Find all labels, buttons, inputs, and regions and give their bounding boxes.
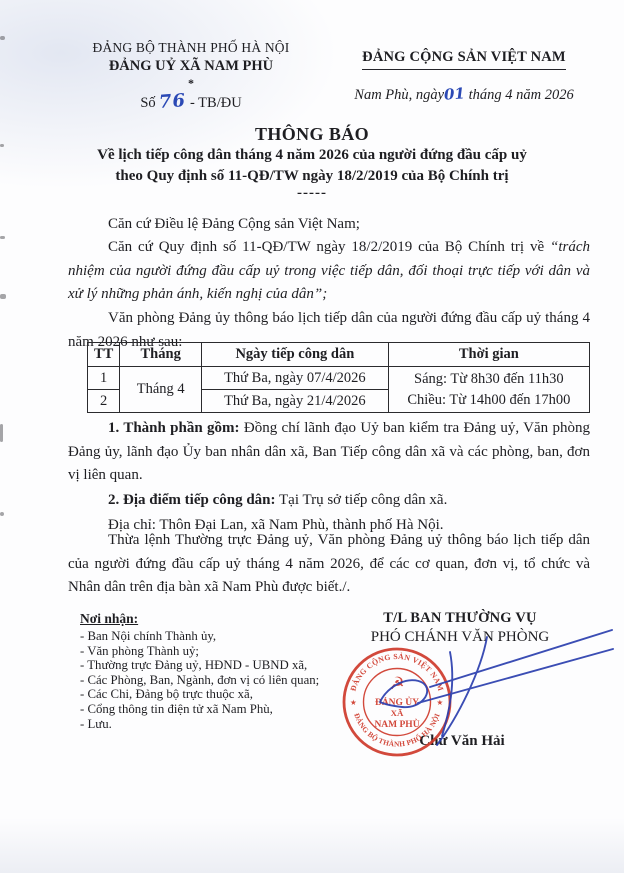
document-number-prefix: Số: [140, 95, 155, 111]
table-row: 1 Tháng 4 Thứ Ba, ngày 07/4/2026 Sáng: T…: [88, 367, 590, 390]
scan-artifact: [0, 294, 6, 299]
title-divider: -----: [0, 187, 624, 200]
scan-artifact: [0, 424, 3, 442]
recipient-item: - Văn phòng Thành uỷ;: [80, 644, 350, 659]
col-header-date: Ngày tiếp công dân: [202, 343, 389, 367]
recipient-item: - Cổng thông tin điện tử xã Nam Phù,: [80, 702, 350, 717]
scan-haze-bottom: [0, 818, 624, 873]
signature-scribble-icon: [330, 597, 622, 765]
scan-artifact: [0, 512, 4, 516]
star-separator: *: [48, 78, 334, 88]
recipient-item: - Các Phòng, Ban, Ngành, đơn vị có liên …: [80, 673, 350, 688]
time-morning: Sáng: Từ 8h30 đến 11h30: [395, 369, 583, 390]
location-text: Tại Trụ sở tiếp công dân xã.: [276, 492, 448, 508]
schedule-table: TT Tháng Ngày tiếp công dân Thời gian 1 …: [87, 342, 590, 413]
document-number: Số 76 - TB/ĐU: [48, 91, 334, 112]
national-header-block: ĐẢNG CỘNG SẢN VIỆT NAM Nam Phù, ngày01 t…: [334, 40, 594, 112]
document-number-handwritten: 76: [159, 90, 187, 113]
col-header-tt: TT: [88, 343, 120, 367]
scan-artifact: [0, 236, 5, 239]
document-title: THÔNG BÁO: [0, 124, 624, 145]
paragraph-location: 2. Địa điểm tiếp công dân: Tại Trụ sở ti…: [68, 489, 590, 513]
recipients-block: Nơi nhận: - Ban Nội chính Thành ủy, - Vă…: [80, 611, 350, 731]
cell-tt-1: 1: [88, 367, 120, 390]
place-date-suffix: tháng 4 năm 2026: [465, 87, 574, 103]
document-number-suffix: - TB/ĐU: [190, 95, 242, 111]
scan-artifact: [0, 36, 5, 40]
recipient-item: - Các Chi, Đảng bộ trực thuộc xã,: [80, 687, 350, 702]
title-block: THÔNG BÁO Về lịch tiếp công dân tháng 4 …: [0, 124, 624, 200]
cell-tt-2: 2: [88, 390, 120, 413]
document-subtitle-2: theo Quy định số 11-QĐ/TW ngày 18/2/2019…: [0, 166, 624, 187]
participants-label: 1. Thành phần gồm:: [108, 420, 240, 436]
place-date-prefix: Nam Phù, ngày: [354, 87, 444, 103]
paragraph-legal-basis-1: Căn cứ Điều lệ Đảng Cộng sản Việt Nam;: [68, 213, 590, 237]
parent-org-line: ĐẢNG BỘ THÀNH PHỐ HÀ NỘI: [48, 40, 334, 56]
time-afternoon: Chiều: Từ 14h00 đến 17h00: [395, 390, 583, 411]
paragraph-2-normal: Căn cứ Quy định số 11-QĐ/TW ngày 18/2/20…: [108, 239, 550, 255]
paragraph-legal-basis-2: Căn cứ Quy định số 11-QĐ/TW ngày 18/2/20…: [68, 236, 590, 307]
cell-time: Sáng: Từ 8h30 đến 11h30 Chiều: Từ 14h00 …: [388, 367, 589, 413]
recipients-label: Nơi nhận:: [80, 611, 350, 627]
national-motto: ĐẢNG CỘNG SẢN VIỆT NAM: [362, 49, 566, 70]
recipient-item: - Ban Nội chính Thành ủy,: [80, 629, 350, 644]
issuing-org-block: ĐẢNG BỘ THÀNH PHỐ HÀ NỘI ĐẢNG UỶ XÃ NAM …: [48, 40, 334, 112]
cell-date-1: Thứ Ba, ngày 07/4/2026: [202, 367, 389, 390]
place-date-line: Nam Phù, ngày01 tháng 4 năm 2026: [334, 85, 594, 104]
document-subtitle-1: Về lịch tiếp công dân tháng 4 năm 2026 c…: [0, 145, 624, 166]
location-label: 2. Địa điểm tiếp công dân:: [108, 492, 276, 508]
document-header: ĐẢNG BỘ THÀNH PHỐ HÀ NỘI ĐẢNG UỶ XÃ NAM …: [48, 40, 594, 112]
table-header-row: TT Tháng Ngày tiếp công dân Thời gian: [88, 343, 590, 367]
paragraph-closing: Thừa lệnh Thường trực Đảng uỷ, Văn phòng…: [68, 529, 590, 600]
scanned-document-page: ĐẢNG BỘ THÀNH PHỐ HÀ NỘI ĐẢNG UỶ XÃ NAM …: [0, 0, 624, 873]
recipient-item: - Lưu.: [80, 717, 350, 732]
issuing-org-line: ĐẢNG UỶ XÃ NAM PHÙ: [48, 58, 334, 75]
recipient-item: - Thường trực Đảng uỷ, HĐND - UBND xã,: [80, 658, 350, 673]
date-handwritten: 01: [443, 84, 465, 103]
cell-month: Tháng 4: [120, 367, 202, 413]
cell-date-2: Thứ Ba, ngày 21/4/2026: [202, 390, 389, 413]
col-header-time: Thời gian: [388, 343, 589, 367]
col-header-month: Tháng: [120, 343, 202, 367]
paragraph-participants: 1. Thành phần gồm: Đồng chí lãnh đạo Uỷ …: [68, 417, 590, 488]
